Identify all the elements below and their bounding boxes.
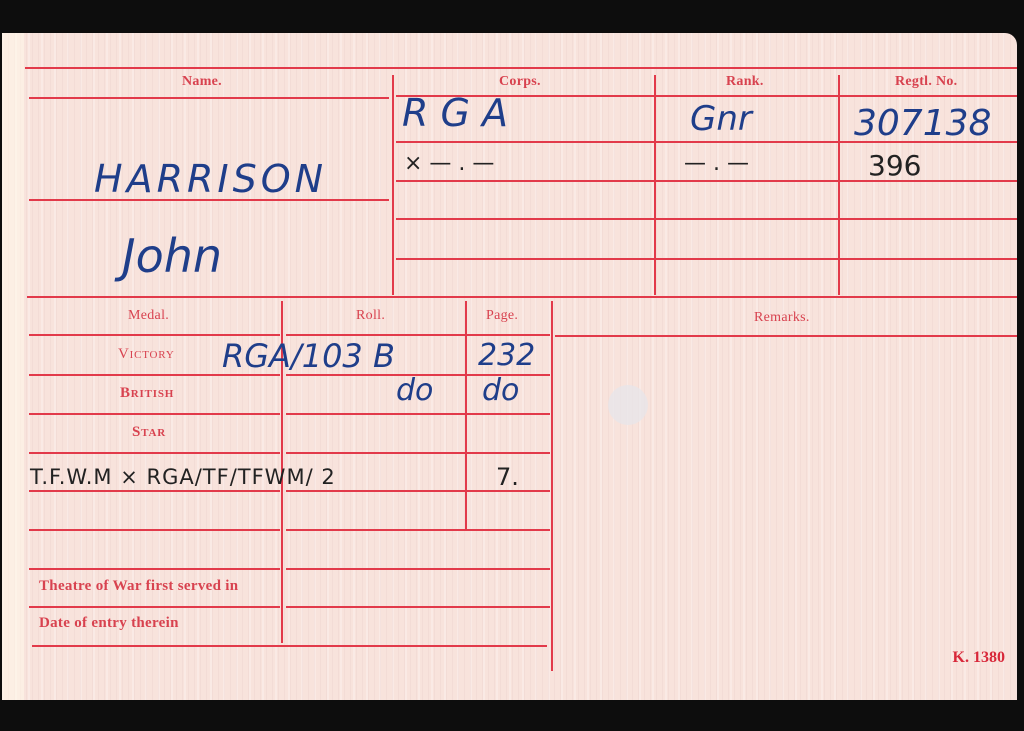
rank-regtl-divider	[838, 75, 840, 295]
medal-rule-6	[29, 529, 280, 531]
rank-entry-1: Gnr	[690, 99, 752, 139]
roll-rule-7	[286, 568, 550, 570]
corps-header: Corps.	[499, 74, 541, 90]
surname-entry: HARRISON	[94, 157, 327, 201]
rank-header: Rank.	[726, 74, 764, 90]
corps-entry-1: R G A	[402, 91, 508, 135]
medal-rule-4	[29, 452, 280, 454]
paper-stain	[608, 385, 648, 425]
page-remarks-divider	[551, 301, 553, 671]
name-header-rule	[29, 97, 389, 99]
roll-rule-1	[286, 334, 550, 336]
medal-rule-5	[29, 490, 280, 492]
british-roll-entry: do	[396, 373, 433, 408]
roll-header: Roll.	[356, 308, 385, 324]
regtl-no-entry-1: 307138	[854, 103, 991, 144]
medal-header: Medal.	[128, 308, 169, 324]
date-of-entry-label: Date of entry therein	[39, 615, 179, 632]
top-rule	[25, 67, 1017, 69]
corps-rule-4	[396, 218, 1017, 220]
medal-rule-3	[29, 413, 280, 415]
regtl-no-header: Regtl. No.	[895, 74, 958, 90]
victory-page-entry: 232	[478, 338, 535, 373]
medal-victory-label: Victory	[118, 346, 175, 363]
roll-rule-8	[286, 606, 550, 608]
roll-rule-3	[286, 413, 550, 415]
roll-page-divider	[465, 301, 467, 531]
medal-rule-1	[29, 334, 280, 336]
forename-entry: John	[122, 229, 222, 283]
medal-british-label: British	[120, 385, 174, 402]
tfwm-entry: T.F.W.M × RGA/TF/TFWM/ 2	[30, 465, 336, 489]
name-header: Name.	[182, 74, 222, 90]
form-code: K. 1380	[953, 649, 1005, 667]
roll-rule-6	[286, 529, 550, 531]
regtl-no-entry-2: 396	[868, 149, 921, 182]
medal-index-card: Name. Corps. Rank. Regtl. No. HARRISON J…	[2, 33, 1017, 700]
victory-roll-entry: RGA/103 B	[222, 337, 395, 375]
section-divider	[27, 296, 1017, 298]
medal-star-label: Star	[132, 424, 166, 441]
corps-rank-divider	[654, 75, 656, 295]
remarks-header: Remarks.	[754, 310, 810, 326]
remarks-header-rule	[555, 335, 1017, 337]
corps-rule-3	[396, 180, 1017, 182]
rank-entry-2: — . —	[684, 151, 749, 176]
name-corps-divider	[392, 75, 394, 295]
british-page-entry: do	[482, 373, 519, 408]
corps-rule-5	[396, 258, 1017, 260]
medal-rule-8	[29, 606, 280, 608]
corps-entry-2: × — . —	[404, 151, 494, 176]
roll-rule-4	[286, 452, 550, 454]
medal-rule-7	[29, 568, 280, 570]
medal-bottom-rule	[32, 645, 547, 647]
page-header: Page.	[486, 308, 518, 324]
theatre-of-war-label: Theatre of War first served in	[39, 578, 238, 595]
tfwm-page-entry: 7.	[496, 463, 519, 491]
